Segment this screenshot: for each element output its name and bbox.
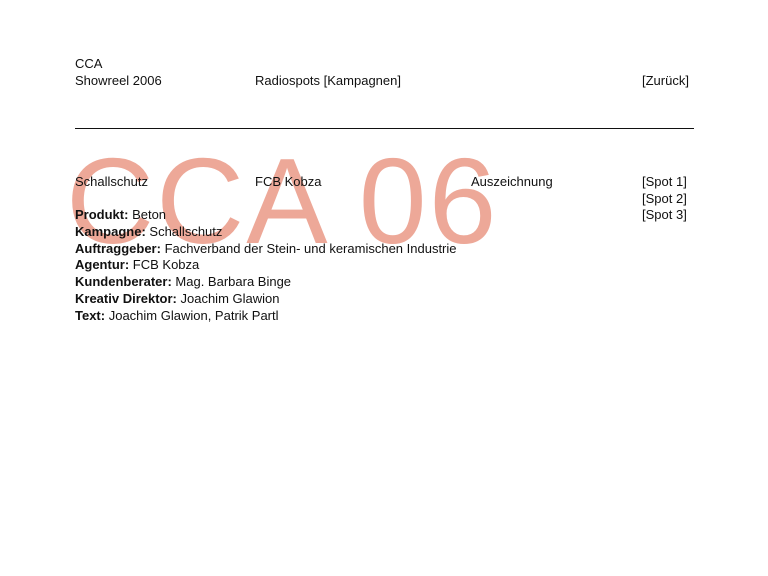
entry-title: Schallschutz <box>75 174 148 190</box>
spot-2-link[interactable]: [Spot 2] <box>642 191 687 207</box>
entry-details: Produkt: Beton Kampagne: Schallschutz Au… <box>75 207 457 325</box>
detail-text: Text: Joachim Glawion, Patrik Partl <box>75 308 457 325</box>
section-title: Radiospots [Kampagnen] <box>255 73 401 89</box>
entry-award: Auszeichnung <box>471 174 553 190</box>
detail-kundenberater: Kundenberater: Mag. Barbara Binge <box>75 274 457 291</box>
back-link[interactable]: [Zurück] <box>642 73 689 89</box>
detail-kreativ-direktor: Kreativ Direktor: Joachim Glawion <box>75 291 457 308</box>
detail-agentur: Agentur: FCB Kobza <box>75 257 457 274</box>
entry-agency: FCB Kobza <box>255 174 321 190</box>
header-divider <box>75 128 694 129</box>
showreel-subtitle: Showreel 2006 <box>75 73 162 89</box>
spot-3-link[interactable]: [Spot 3] <box>642 207 687 223</box>
spot-1-link[interactable]: [Spot 1] <box>642 174 687 190</box>
detail-kampagne: Kampagne: Schallschutz <box>75 224 457 241</box>
detail-produkt: Produkt: Beton <box>75 207 457 224</box>
detail-auftraggeber: Auftraggeber: Fachverband der Stein- und… <box>75 241 457 258</box>
brand-title: CCA <box>75 56 102 72</box>
